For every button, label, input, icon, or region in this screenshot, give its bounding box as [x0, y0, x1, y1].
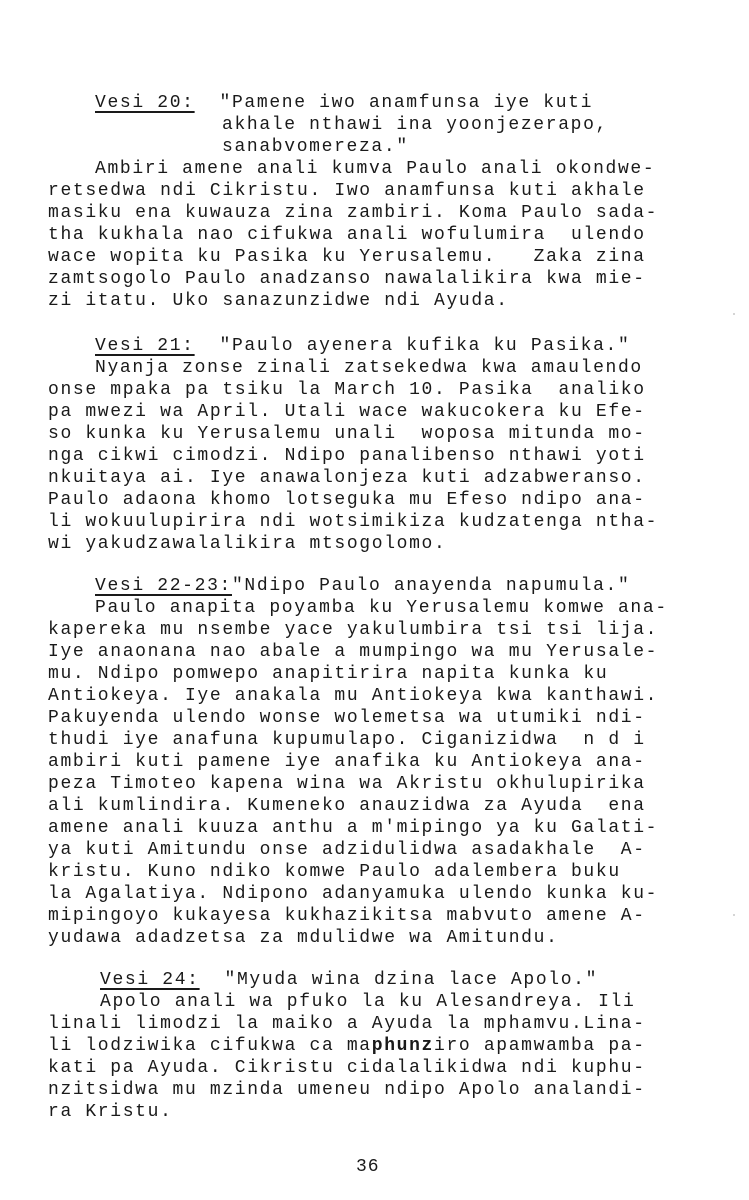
- verse-label: Vesi 20:: [95, 93, 195, 113]
- body-line: pa mwezi wa April. Utali wace wakucokera…: [48, 401, 646, 423]
- verse-quote-line: akhale nthawi ina yoonjezerapo,: [222, 114, 608, 136]
- body-line: Iye anaonana nao abale a mumpingo wa mu …: [48, 641, 658, 663]
- verse-label: Vesi 22-23:: [95, 576, 232, 596]
- body-line: Nyanja zonse zinali zatsekedwa kwa amaul…: [95, 357, 643, 379]
- body-line: retsedwa ndi Cikristu. Iwo anamfunsa kut…: [48, 180, 646, 202]
- body-line: kristu. Kuno ndiko komwe Paulo adalember…: [48, 861, 621, 883]
- bold-fragment: phunz: [372, 1036, 434, 1056]
- verse-heading: Vesi 21: "Paulo ayenera kufika ku Pasika…: [95, 335, 630, 357]
- verse-label: Vesi 24:: [100, 970, 200, 990]
- verse-quote: "Paulo ayenera kufika ku Pasika.": [220, 336, 631, 356]
- body-line: Paulo anapita poyamba ku Yerusalemu komw…: [95, 597, 668, 619]
- body-line: Paulo adaona khomo lotseguka mu Efeso nd…: [48, 489, 646, 511]
- body-line-with-bold: li lodziwika cifukwa ca maphunziro apamw…: [48, 1035, 646, 1057]
- body-line: wace wopita ku Pasika ku Yerusalemu. Zak…: [48, 246, 646, 268]
- verse-quote: "Ndipo Paulo anayenda napumula.": [232, 576, 630, 596]
- verse-heading: Vesi 22-23:"Ndipo Paulo anayenda napumul…: [95, 575, 630, 597]
- body-line: kapereka mu nsembe yace yakulumbira tsi …: [48, 619, 658, 641]
- body-line: kati pa Ayuda. Cikristu cidalalikidwa nd…: [48, 1057, 646, 1079]
- body-line: peza Timoteo kapena wina wa Akristu okhu…: [48, 773, 646, 795]
- body-line: ra Kristu.: [48, 1101, 173, 1123]
- text-fragment: li lodziwika cifukwa ca ma: [48, 1036, 372, 1056]
- verse-heading: Vesi 24: "Myuda wina dzina lace Apolo.": [100, 969, 598, 991]
- document-page: Vesi 20: "Pamene iwo anamfunsa iye kuti …: [0, 0, 749, 1200]
- body-line: Pakuyenda ulendo wonse wolemetsa wa utum…: [48, 707, 646, 729]
- body-line: zamtsogolo Paulo anadzanso nawalalikira …: [48, 268, 646, 290]
- body-line: zi itatu. Uko sanazunzidwe ndi Ayuda.: [48, 290, 509, 312]
- body-line: yudawa adadzetsa za mdulidwe wa Amitundu…: [48, 927, 559, 949]
- text-fragment: iro apamwamba pa-: [434, 1036, 646, 1056]
- body-line: so kunka ku Yerusalemu unali woposa mitu…: [48, 423, 646, 445]
- body-line: Antiokeya. Iye anakala mu Antiokeya kwa …: [48, 685, 658, 707]
- body-line: mipingoyo kukayesa kukhazikitsa mabvuto …: [48, 905, 646, 927]
- body-line: tha kukhala nao cifukwa anali wofulumira…: [48, 224, 646, 246]
- body-line: onse mpaka pa tsiku la March 10. Pasika …: [48, 379, 646, 401]
- body-line: amene anali kuuza anthu a m'mipingo ya k…: [48, 817, 658, 839]
- scan-speck: [733, 313, 735, 315]
- verse-heading: Vesi 20: "Pamene iwo anamfunsa iye kuti: [95, 92, 593, 114]
- body-line: li wokuulupirira ndi wotsimikiza kudzate…: [48, 511, 658, 533]
- body-line: mu. Ndipo pomwepo anapitirira napita kun…: [48, 663, 608, 685]
- scan-speck: [733, 914, 735, 916]
- body-line: wi yakudzawalalikira mtsogolomo.: [48, 533, 446, 555]
- body-line: masiku ena kuwauza zina zambiri. Koma Pa…: [48, 202, 658, 224]
- body-line: Ambiri amene anali kumva Paulo anali oko…: [95, 158, 655, 180]
- page-number: 36: [356, 1157, 380, 1177]
- body-line: la Agalatiya. Ndipono adanyamuka ulendo …: [48, 883, 658, 905]
- body-line: nga cikwi cimodzi. Ndipo panalibenso nth…: [48, 445, 646, 467]
- body-line: ali kumlindira. Kumeneko anauzidwa za Ay…: [48, 795, 646, 817]
- body-line: ambiri kuti pamene iye anafika ku Antiok…: [48, 751, 646, 773]
- body-line: nzitsidwa mu mzinda umeneu ndipo Apolo a…: [48, 1079, 646, 1101]
- verse-quote-line: sanabvomereza.": [222, 136, 409, 158]
- verse-quote: "Pamene iwo anamfunsa iye kuti: [220, 93, 594, 113]
- body-line: Apolo anali wa pfuko la ku Alesandreya. …: [100, 991, 635, 1013]
- body-line: thudi iye anafuna kupumulapo. Ciganizidw…: [48, 729, 646, 751]
- verse-label: Vesi 21:: [95, 336, 195, 356]
- body-line: nkuitaya ai. Iye anawalonjeza kuti adzab…: [48, 467, 646, 489]
- verse-quote: "Myuda wina dzina lace Apolo.": [225, 970, 599, 990]
- body-line: ya kuti Amitundu onse adzidulidwa asadak…: [48, 839, 646, 861]
- body-line: linali limodzi la maiko a Ayuda la mpham…: [48, 1013, 646, 1035]
